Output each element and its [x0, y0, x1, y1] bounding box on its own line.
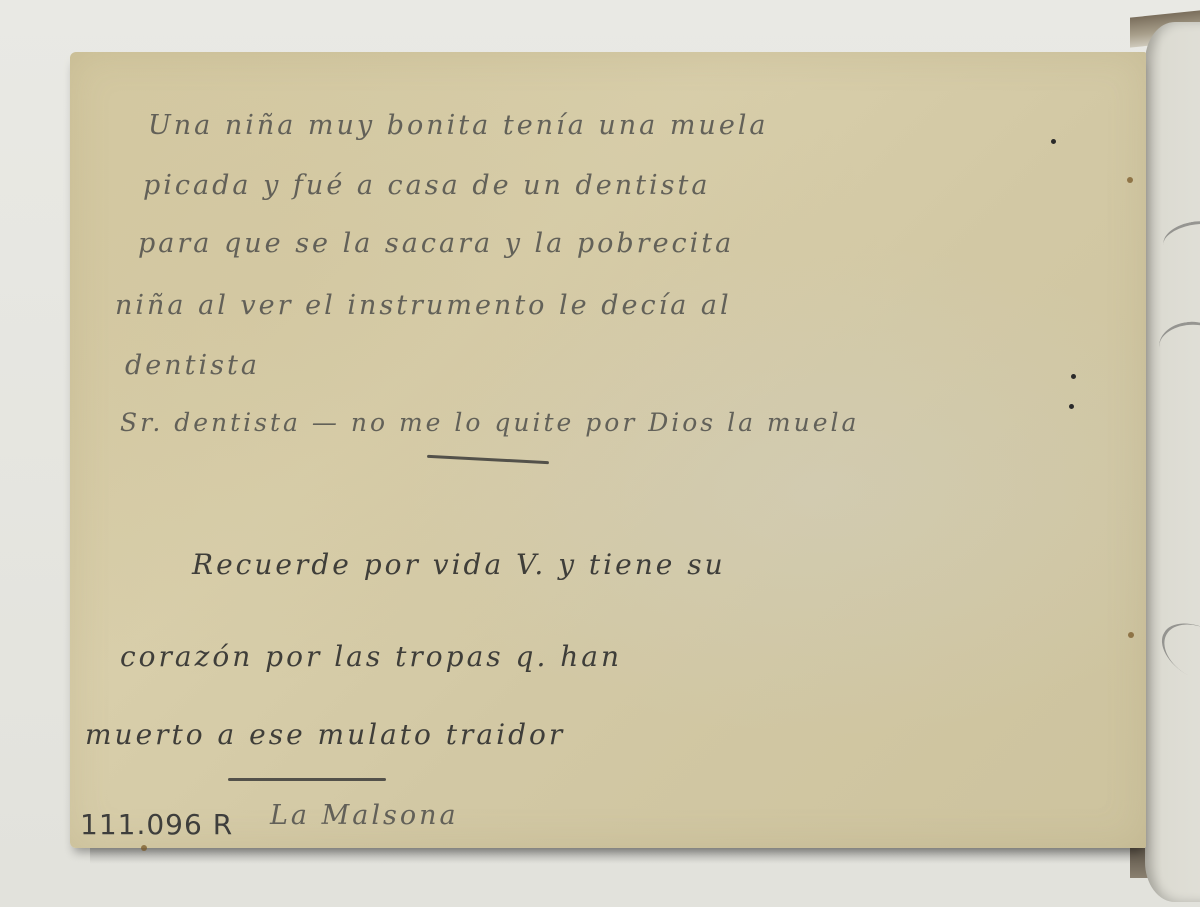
paper-speck: [1127, 177, 1133, 183]
underline-stroke: [228, 778, 386, 781]
sketch-stroke: [1160, 216, 1200, 261]
handwritten-line: Sr. dentista — no me lo quite por Dios l…: [120, 408, 859, 437]
handwritten-line: dentista: [125, 350, 260, 381]
handwritten-line: niña al ver el instrumento le decía al: [115, 290, 732, 321]
handwritten-line: muerto a ese mulato traidor: [85, 718, 565, 751]
pencil-dot: [1071, 374, 1076, 379]
sketch-stroke: [1156, 318, 1200, 369]
handwritten-line: picada y fué a casa de un dentista: [143, 170, 710, 201]
paper-speck: [1128, 632, 1134, 638]
document-scan: Una niña muy bonita tenía una muela pica…: [0, 0, 1200, 907]
signature: La Malsona: [270, 800, 459, 831]
pencil-dot: [1069, 404, 1074, 409]
adjacent-sketch-page: [1145, 22, 1200, 902]
handwritten-line: para que se la sacara y la pobrecita: [138, 228, 734, 259]
handwritten-line: Una niña muy bonita tenía una muela: [148, 110, 769, 141]
handwritten-line: corazón por las tropas q. han: [120, 640, 622, 673]
sketch-stroke: [1152, 611, 1200, 696]
handwritten-line: Recuerde por vida V. y tiene su: [192, 548, 726, 581]
catalog-number: 111.096 R: [80, 808, 233, 841]
pencil-dot: [1051, 139, 1056, 144]
page-shadow: [90, 846, 1130, 864]
paper-speck: [141, 845, 147, 851]
